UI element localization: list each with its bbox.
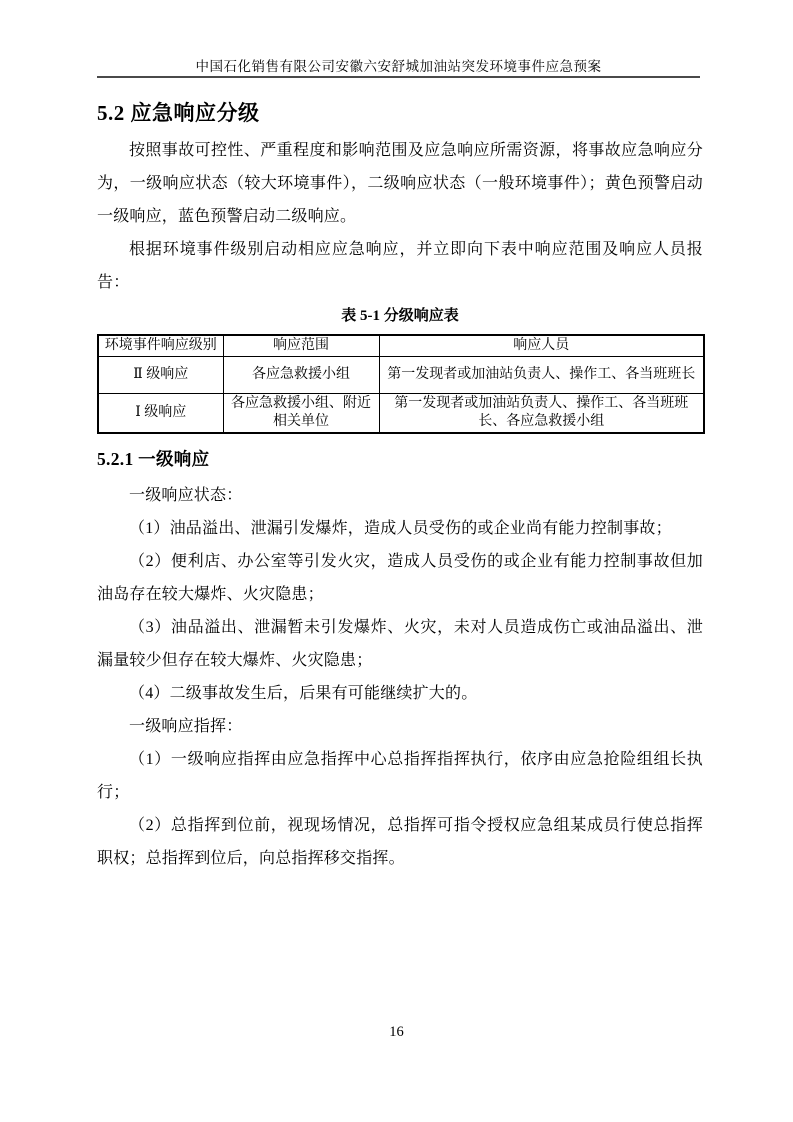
table-header-cell: 响应人员: [379, 335, 704, 357]
table-cell: Ⅱ 级响应: [98, 357, 223, 394]
table-body: Ⅱ 级响应各应急救援小组第一发现者或加油站负责人、操作工、各当班班长Ⅰ 级响应各…: [98, 357, 704, 434]
section-title: 5.2 应急响应分级: [97, 99, 703, 127]
section-paragraphs: 按照事故可控性、严重程度和影响范围及应急响应所需资源，将事故应急响应分为，一级响…: [97, 134, 703, 299]
table-caption: 表 5-1 分级响应表: [97, 305, 703, 327]
table-cell: Ⅰ 级响应: [98, 394, 223, 434]
table-header-cell: 环境事件响应级别: [98, 335, 223, 357]
body-paragraph: （1）油品溢出、泄漏引发爆炸，造成人员受伤的或企业尚有能力控制事故；: [97, 512, 703, 545]
page-number: 16: [0, 1022, 793, 1042]
body-paragraph: 按照事故可控性、严重程度和影响范围及应急响应所需资源，将事故应急响应分为，一级响…: [97, 134, 703, 233]
table-cell: 各应急救援小组、附近相关单位: [223, 394, 379, 434]
table-cell: 第一发现者或加油站负责人、操作工、各当班班长、各应急救援小组: [379, 394, 704, 434]
response-level-table: 环境事件响应级别响应范围响应人员 Ⅱ 级响应各应急救援小组第一发现者或加油站负责…: [97, 334, 705, 434]
table-cell: 各应急救援小组: [223, 357, 379, 394]
table-header-cell: 响应范围: [223, 335, 379, 357]
document-body: 5.2 应急响应分级 按照事故可控性、严重程度和影响范围及应急响应所需资源，将事…: [97, 99, 703, 875]
subsection-title: 5.2.1 一级响应: [97, 447, 703, 472]
body-paragraph: 一级响应指挥：: [97, 710, 703, 743]
page-header: 中国石化销售有限公司安徽六安舒城加油站突发环境事件应急预案: [97, 0, 700, 78]
body-paragraph: （3）油品溢出、泄漏暂未引发爆炸、火灾，未对人员造成伤亡或油品溢出、泄漏量较少但…: [97, 611, 703, 677]
table-row: Ⅰ 级响应各应急救援小组、附近相关单位第一发现者或加油站负责人、操作工、各当班班…: [98, 394, 704, 434]
subsection-paragraphs: 一级响应状态：（1）油品溢出、泄漏引发爆炸，造成人员受伤的或企业尚有能力控制事故…: [97, 479, 703, 875]
body-paragraph: 一级响应状态：: [97, 479, 703, 512]
body-paragraph: （2）便利店、办公室等引发火灾，造成人员受伤的或企业有能力控制事故但加油岛存在较…: [97, 545, 703, 611]
table-row: Ⅱ 级响应各应急救援小组第一发现者或加油站负责人、操作工、各当班班长: [98, 357, 704, 394]
table-header-row: 环境事件响应级别响应范围响应人员: [98, 335, 704, 357]
document-page: 中国石化销售有限公司安徽六安舒城加油站突发环境事件应急预案 5.2 应急响应分级…: [0, 0, 793, 1122]
page-header-text: 中国石化销售有限公司安徽六安舒城加油站突发环境事件应急预案: [196, 57, 602, 76]
body-paragraph: 根据环境事件级别启动相应应急响应，并立即向下表中响应范围及响应人员报告：: [97, 233, 703, 299]
body-paragraph: （1）一级响应指挥由应急指挥中心总指挥指挥执行，依序由应急抢险组组长执行；: [97, 743, 703, 809]
body-paragraph: （4）二级事故发生后，后果有可能继续扩大的。: [97, 677, 703, 710]
table-cell: 第一发现者或加油站负责人、操作工、各当班班长: [379, 357, 704, 394]
body-paragraph: （2）总指挥到位前，视现场情况，总指挥可指令授权应急组某成员行使总指挥职权；总指…: [97, 809, 703, 875]
